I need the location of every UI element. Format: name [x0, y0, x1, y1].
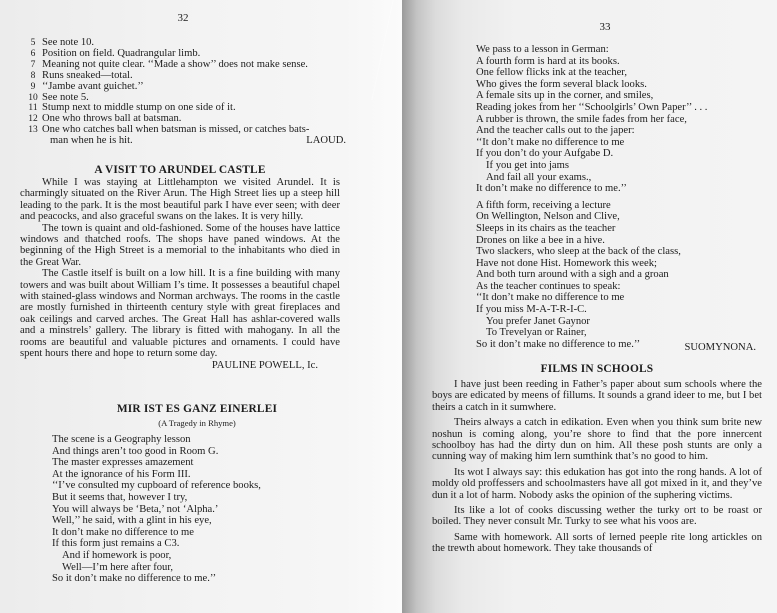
verse-line: On Wellington, Nelson and Clive, — [476, 211, 766, 223]
page-number-left: 32 — [168, 12, 198, 24]
page-number-right: 33 — [590, 21, 620, 33]
left-page: 32 5See note 10. 6Position on field. Qua… — [0, 0, 402, 613]
verse-line: To Trevelyan or Rainer, — [476, 327, 766, 339]
verse-line: ‘‘It don’t make no difference to me — [476, 137, 766, 149]
footnote: 8Runs sneaked—total. — [24, 71, 346, 82]
article-title: A VISIT TO ARUNDEL CASTLE — [20, 164, 340, 176]
notes-signature: LAOUD. — [306, 136, 346, 147]
verse-line: We pass to a lesson in German: — [476, 44, 766, 56]
poem-subtitle: (A Tragedy in Rhyme) — [52, 418, 342, 428]
article-title: FILMS IN SCHOOLS — [432, 363, 762, 375]
verse-line: Two slackers, who sleep at the back of t… — [476, 246, 766, 258]
verse-line: You will always be ‘Beta,’ not ‘Alpha.’ — [52, 504, 342, 516]
verse-line: One fellow flicks ink at the teacher, — [476, 67, 766, 79]
poem-continuation: We pass to a lesson in German: A fourth … — [476, 44, 766, 350]
verse-line: And if homework is poor, — [52, 550, 342, 562]
verse-line: And both turn around with a sigh and a g… — [476, 269, 766, 281]
verse-line: Well,’’ he said, with a glint in his eye… — [52, 515, 342, 527]
poem-stanza: The scene is a Geography lesson And thin… — [52, 434, 342, 585]
verse-line: At the ignorance of his Form III. — [52, 469, 342, 481]
verse-line: You prefer Janet Gaynor — [476, 316, 766, 328]
poem-signature: SUOMYNONA. — [476, 342, 756, 353]
footnote: man when he is hit.LAOUD. — [24, 136, 346, 147]
poem-mir-ist-es: MIR IST ES GANZ EINERLEI (A Tragedy in R… — [52, 403, 342, 585]
verse-line: And fail all your exams., — [476, 172, 766, 184]
paper-crease — [349, 0, 393, 100]
footnote: 9‘‘Jambe avant guichet.’’ — [24, 82, 346, 93]
verse-line: Well—I’m here after four, — [52, 562, 342, 574]
verse-line: Reading jokes from her ‘‘Schoolgirls’ Ow… — [476, 102, 766, 114]
verse-line: And things aren’t too good in Room G. — [52, 446, 342, 458]
verse-line: A rubber is thrown, the smile fades from… — [476, 114, 766, 126]
paragraph: Same with homework. All sorts of lerned … — [432, 532, 762, 555]
verse-line: Have not done Hist. Homework this week; — [476, 258, 766, 270]
paragraph: The town is quaint and old-fashioned. So… — [20, 223, 340, 269]
paragraph: The Castle itself is built on a low hill… — [20, 268, 340, 359]
verse-line: Drones on like a bee in a hive. — [476, 235, 766, 247]
verse-line: A fourth form is hard at its books. — [476, 56, 766, 68]
verse-line: And the teacher calls out to the japer: — [476, 125, 766, 137]
verse-line: But it seems that, however I try, — [52, 492, 342, 504]
paragraph: Its like a lot of cooks discussing wethe… — [432, 505, 762, 528]
verse-line: If you miss M-A-T-R-I-C. — [476, 304, 766, 316]
verse-line: The master expresses amazement — [52, 457, 342, 469]
paragraph: While I was staying at Littlehampton we … — [20, 177, 340, 223]
verse-line: The scene is a Geography lesson — [52, 434, 342, 446]
verse-line: A fifth form, receiving a lecture — [476, 200, 766, 212]
verse-line: ‘‘It don’t make no difference to me — [476, 292, 766, 304]
verse-line: As the teacher continues to speak: — [476, 281, 766, 293]
verse-line: Who gives the form several black looks. — [476, 79, 766, 91]
verse-line: If this form just remains a C3. — [52, 538, 342, 550]
verse-line: Sleeps in its chairs as the teacher — [476, 223, 766, 235]
article-films-in-schools: FILMS IN SCHOOLS I have just been reedin… — [432, 363, 762, 559]
verse-line: It don’t make no difference to me — [52, 527, 342, 539]
article-arundel: A VISIT TO ARUNDEL CASTLE While I was st… — [20, 164, 340, 371]
verse-line: So it don’t make no difference to me.’’ — [52, 573, 342, 585]
poem-title: MIR IST ES GANZ EINERLEI — [52, 403, 342, 415]
paragraph: Theirs always a catch in edikation. Even… — [432, 417, 762, 463]
verse-line: A female sits up in the corner, and smil… — [476, 90, 766, 102]
verse-line: ‘‘I’ve consulted my cupboard of referenc… — [52, 480, 342, 492]
paragraph: Its wot I always say: this edukation has… — [432, 467, 762, 501]
verse-line: It don’t make no difference to me.’’ — [476, 183, 766, 195]
verse-line: If you don’t do your Aufgabe D. — [476, 148, 766, 160]
verse-line: If you get into jams — [476, 160, 766, 172]
author-signature: PAULINE POWELL, Ic. — [20, 360, 340, 372]
footnotes: 5See note 10. 6Position on field. Quadra… — [24, 38, 346, 147]
paragraph: I have just been reeding in Father’s pap… — [432, 379, 762, 413]
